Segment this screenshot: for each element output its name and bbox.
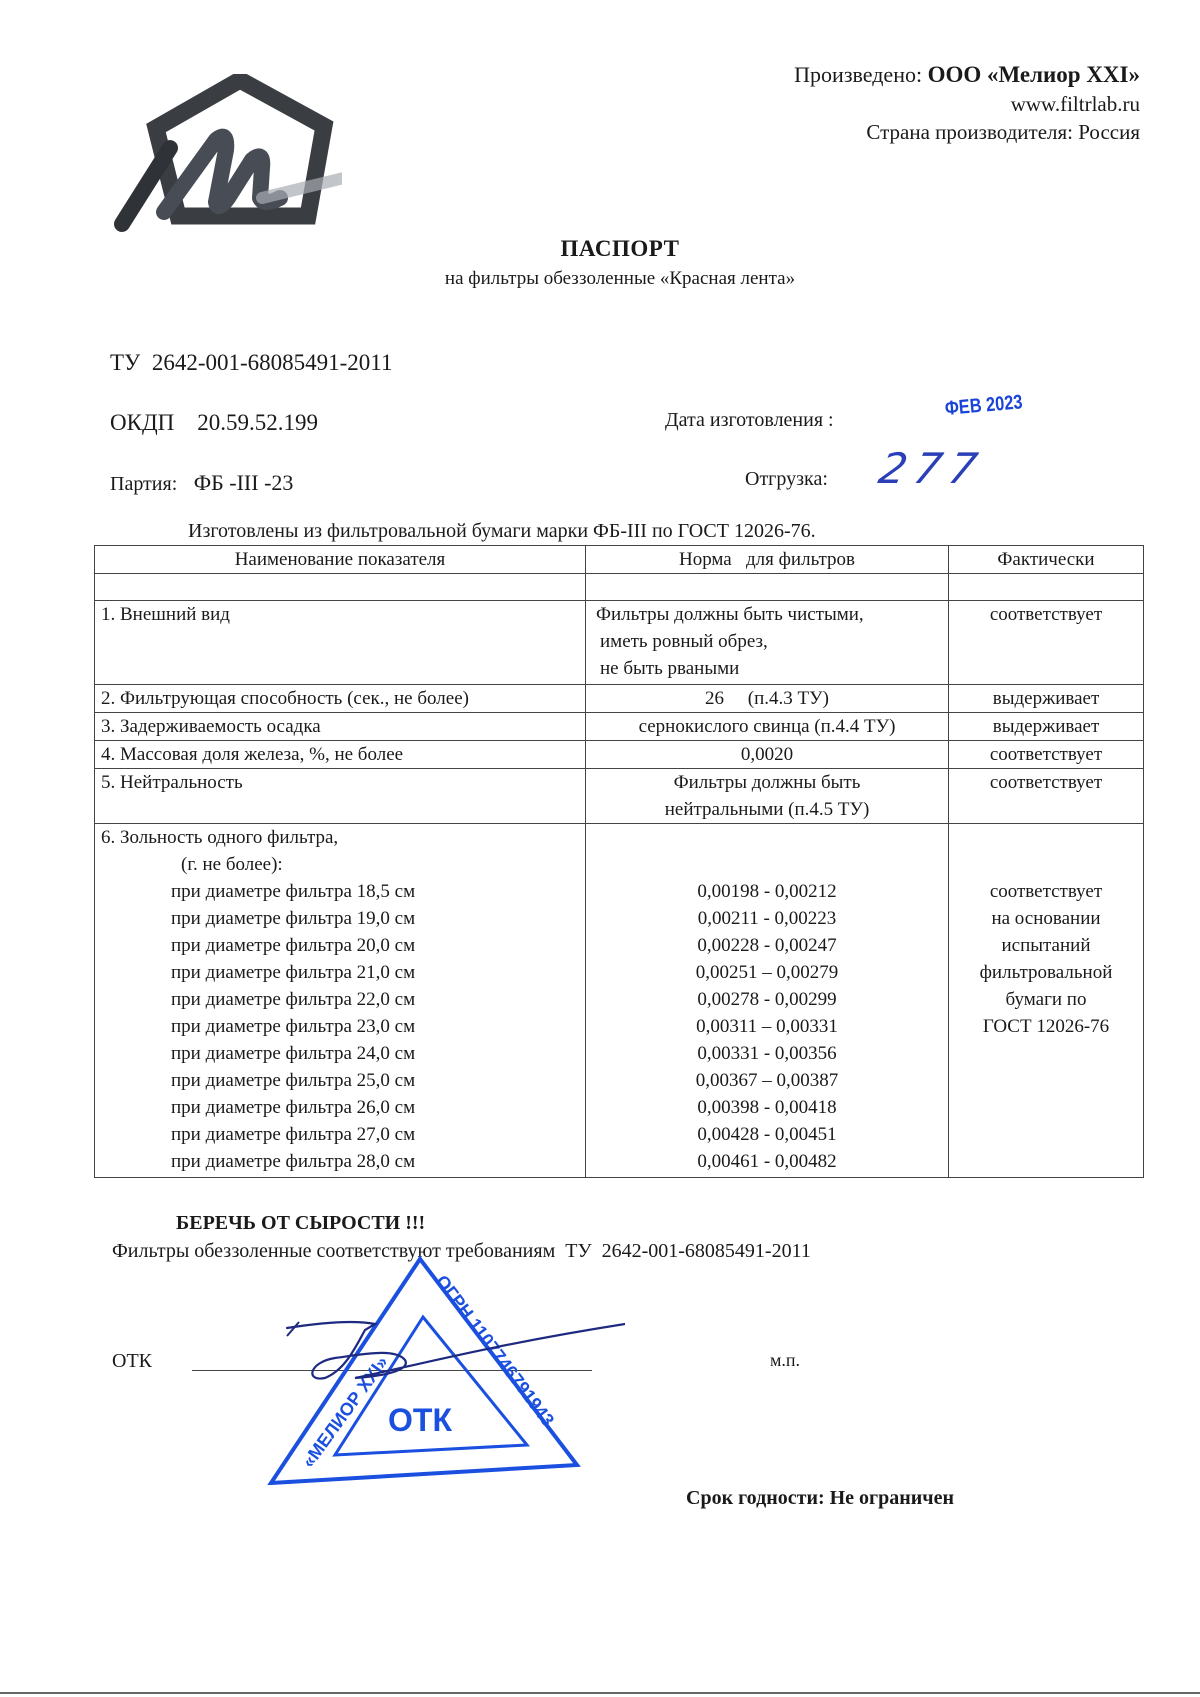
ash-range: 0,00228 - 0,00247 <box>592 932 942 959</box>
column-header-indicator: Наименование показателя <box>95 546 586 574</box>
ash-diameter: при диаметре фильтра 20,0 см <box>171 932 579 959</box>
ash-actual-list: соответствуетна основаниииспытанийфильтр… <box>955 878 1137 1040</box>
seal-place-label: м.п. <box>770 1350 800 1371</box>
row-name: 2. Фильтрующая способность (сек., не бол… <box>95 685 586 713</box>
ash-range: 0,00428 - 0,00451 <box>592 1121 942 1148</box>
producer-name: ООО «Мелиор XXI» <box>928 62 1140 87</box>
stamp-center-text: ОТК <box>388 1402 452 1438</box>
ash-diameter: при диаметре фильтра 18,5 см <box>171 878 579 905</box>
signature-icon <box>285 1318 625 1388</box>
producer-line: Произведено: ООО «Мелиор XXI» <box>794 62 1140 88</box>
okdp-code: ОКДП 20.59.52.199 <box>110 410 318 436</box>
manufacture-date-label: Дата изготовления : <box>665 409 834 432</box>
tu-number: ТУ 2642-001-68085491-2011 <box>110 350 392 376</box>
ash-actual-line: ГОСТ 12026-76 <box>955 1013 1137 1040</box>
ash-diameter-list: при диаметре фильтра 18,5 смпри диаметре… <box>101 878 579 1175</box>
table-row: 2. Фильтрующая способность (сек., не бол… <box>95 685 1144 713</box>
ash-range: 0,00198 - 0,00212 <box>592 878 942 905</box>
ash-actual-line: на основании <box>955 905 1137 932</box>
shipment-handwritten-value: 277 <box>875 444 990 493</box>
ash-indicator: 6. Зольность одного фильтра, (г. не боле… <box>95 824 586 1178</box>
batch-line: Партия: ФБ -III -23 <box>110 470 293 496</box>
ash-range: 0,00278 - 0,00299 <box>592 986 942 1013</box>
row-norm: сернокислого свинца (п.4.4 ТУ) <box>586 713 949 741</box>
specification-table: Наименование показателя Норма для фильтр… <box>94 545 1144 1178</box>
table-caption: Изготовлены из фильтровальной бумаги мар… <box>188 520 816 543</box>
ash-diameter: при диаметре фильтра 27,0 см <box>171 1121 579 1148</box>
document-title: ПАСПОРТ <box>0 236 1200 262</box>
row-actual: выдерживает <box>949 685 1144 713</box>
keep-dry-warning: БЕРЕЧЬ ОТ СЫРОСТИ !!! <box>176 1212 425 1235</box>
ash-actual: соответствуетна основаниииспытанийфильтр… <box>949 824 1144 1178</box>
batch-label: Партия: <box>110 473 177 495</box>
document-subtitle: на фильтры обеззоленные «Красная лента» <box>0 268 1200 290</box>
ash-title: 6. Зольность одного фильтра, <box>101 824 579 851</box>
ash-diameter: при диаметре фильтра 26,0 см <box>171 1094 579 1121</box>
shelf-life: Срок годности: Не ограничен <box>686 1487 954 1510</box>
ash-unit: (г. не более): <box>101 851 579 878</box>
company-logo-icon <box>112 74 342 234</box>
row-actual: выдерживает <box>949 713 1144 741</box>
ash-ranges: 0,00198 - 0,002120,00211 - 0,002230,0022… <box>586 824 949 1178</box>
table-row: 4. Массовая доля железа, %, не более 0,0… <box>95 741 1144 769</box>
ash-range: 0,00211 - 0,00223 <box>592 905 942 932</box>
ash-actual-line: фильтровальной <box>955 959 1137 986</box>
row-actual: соответствует <box>949 769 1144 824</box>
ash-actual-line: соответствует <box>955 878 1137 905</box>
qc-label: ОТК <box>112 1350 152 1373</box>
ash-diameter: при диаметре фильтра 28,0 см <box>171 1148 579 1175</box>
page-bottom-edge <box>0 1692 1200 1694</box>
ash-diameter: при диаметре фильтра 24,0 см <box>171 1040 579 1067</box>
ash-range: 0,00461 - 0,00482 <box>592 1148 942 1175</box>
ash-range: 0,00331 - 0,00356 <box>592 1040 942 1067</box>
row-norm: Фильтры должны быть нейтральными (п.4.5 … <box>586 769 949 824</box>
ash-actual-line: бумаги по <box>955 986 1137 1013</box>
ash-range-list: 0,00198 - 0,002120,00211 - 0,002230,0022… <box>592 878 942 1175</box>
table-row: 3. Задерживаемость осадка сернокислого с… <box>95 713 1144 741</box>
table-row-ash: 6. Зольность одного фильтра, (г. не боле… <box>95 824 1144 1178</box>
ash-diameter: при диаметре фильтра 23,0 см <box>171 1013 579 1040</box>
column-header-norm: Норма для фильтров <box>586 546 949 574</box>
ash-range: 0,00251 – 0,00279 <box>592 959 942 986</box>
producer-label: Произведено: <box>794 62 922 87</box>
ash-range: 0,00367 – 0,00387 <box>592 1067 942 1094</box>
table-empty-row <box>95 574 1144 601</box>
ash-diameter: при диаметре фильтра 21,0 см <box>171 959 579 986</box>
row-norm: Фильтры должны быть чистыми, иметь ровны… <box>586 601 949 685</box>
column-header-actual: Фактически <box>949 546 1144 574</box>
row-norm: 26 (п.4.3 ТУ) <box>586 685 949 713</box>
shipment-label: Отгрузка: <box>745 468 828 491</box>
row-name: 5. Нейтральность <box>95 769 586 824</box>
row-norm: 0,0020 <box>586 741 949 769</box>
manufacture-date-stamp: ФЕВ 2023 <box>944 391 1024 421</box>
ash-diameter: при диаметре фильтра 19,0 см <box>171 905 579 932</box>
website-link[interactable]: www.filtrlab.ru <box>1011 92 1140 117</box>
table-row: 1. Внешний вид Фильтры должны быть чисты… <box>95 601 1144 685</box>
row-name: 4. Массовая доля железа, %, не более <box>95 741 586 769</box>
row-name: 1. Внешний вид <box>95 601 586 685</box>
ash-diameter: при диаметре фильтра 22,0 см <box>171 986 579 1013</box>
row-actual: соответствует <box>949 601 1144 685</box>
country-of-origin: Страна производителя: Россия <box>866 120 1140 145</box>
table-row: 5. Нейтральность Фильтры должны быть ней… <box>95 769 1144 824</box>
ash-range: 0,00398 - 0,00418 <box>592 1094 942 1121</box>
ash-range: 0,00311 – 0,00331 <box>592 1013 942 1040</box>
ash-diameter: при диаметре фильтра 25,0 см <box>171 1067 579 1094</box>
batch-value: ФБ -III -23 <box>194 470 294 495</box>
row-name: 3. Задерживаемость осадка <box>95 713 586 741</box>
ash-actual-line: испытаний <box>955 932 1137 959</box>
table-header-row: Наименование показателя Норма для фильтр… <box>95 546 1144 574</box>
row-actual: соответствует <box>949 741 1144 769</box>
